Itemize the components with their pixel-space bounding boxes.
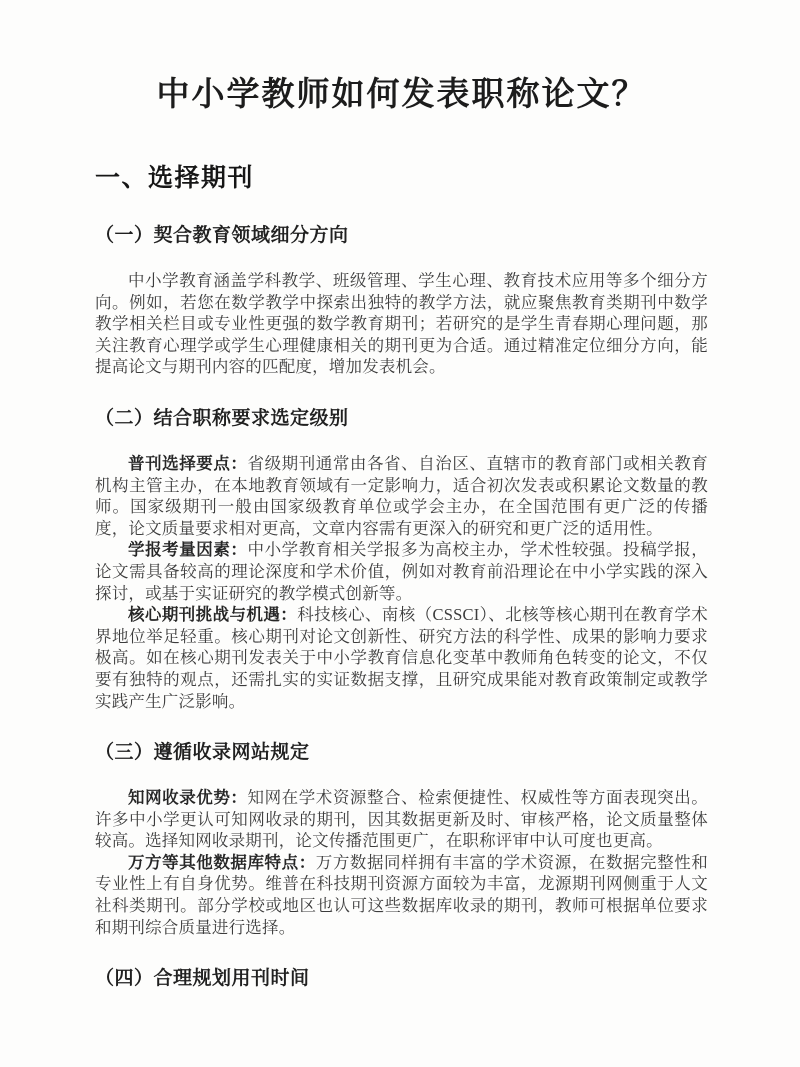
paragraph-lead: 知网收录优势： — [128, 788, 248, 807]
subsection-2-heading: （二）结合职称要求选定级别 — [95, 406, 708, 431]
subsection-1-heading: （一）契合教育领域细分方向 — [95, 223, 708, 248]
paragraph: 核心期刊挑战与机遇：科技核心、南核（CSSCI）、北核等核心期刊在教育学术界地位… — [95, 604, 708, 712]
paragraph-lead: 核心期刊挑战与机遇： — [128, 605, 297, 624]
paragraph: 知网收录优势：知网在学术资源整合、检索便捷性、权威性等方面表现突出。许多中小学更… — [95, 787, 708, 852]
document-page: 中小学教师如何发表职称论文？ 一、选择期刊 （一）契合教育领域细分方向 中小学教… — [0, 0, 800, 1067]
paragraph: 学报考量因素：中小学教育相关学报多为高校主办，学术性较强。投稿学报，论文需具备较… — [95, 539, 708, 604]
subsection-1-field-direction: （一）契合教育领域细分方向 中小学教育涵盖学科教学、班级管理、学生心理、教育技术… — [95, 223, 708, 378]
paragraph-text: 中小学教育涵盖学科教学、班级管理、学生心理、教育技术应用等多个细分方向。例如，若… — [95, 271, 708, 376]
subsection-3-index-sites: （三）遵循收录网站规定 知网收录优势：知网在学术资源整合、检索便捷性、权威性等方… — [95, 740, 708, 938]
paragraph: 普刊选择要点：省级期刊通常由各省、自治区、直辖市的教育部门或相关教育机构主管主办… — [95, 453, 708, 539]
section-heading-choose-journal: 一、选择期刊 — [95, 162, 708, 195]
document-title: 中小学教师如何发表职称论文？ — [95, 72, 708, 118]
paragraph-lead: 普刊选择要点： — [128, 454, 248, 473]
paragraph: 中小学教育涵盖学科教学、班级管理、学生心理、教育技术应用等多个细分方向。例如，若… — [95, 270, 708, 378]
paragraph-lead: 学报考量因素： — [128, 540, 248, 559]
subsection-4-heading: （四）合理规划用刊时间 — [95, 966, 708, 991]
subsection-3-heading: （三）遵循收录网站规定 — [95, 740, 708, 765]
subsection-4-publish-timing: （四）合理规划用刊时间 — [95, 966, 708, 991]
subsection-2-journal-level: （二）结合职称要求选定级别 普刊选择要点：省级期刊通常由各省、自治区、直辖市的教… — [95, 406, 708, 712]
paragraph-lead: 万方等其他数据库特点： — [128, 853, 316, 872]
paragraph: 万方等其他数据库特点：万方数据同样拥有丰富的学术资源，在数据完整性和专业性上有自… — [95, 852, 708, 938]
